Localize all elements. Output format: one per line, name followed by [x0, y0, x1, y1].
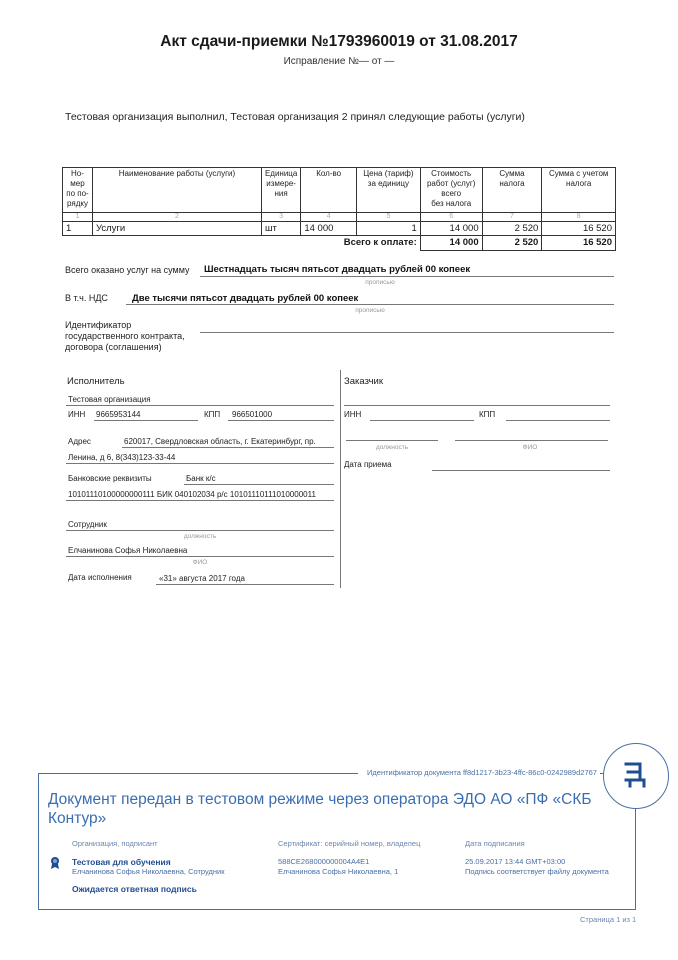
services-sum-value: Шестнадцать тысяч пятьсот двадцать рубле… — [204, 264, 470, 275]
col-num: 3 — [261, 213, 300, 222]
in-words-hint: прописью — [340, 307, 400, 314]
col-org-header: Организация, подписант — [72, 839, 158, 848]
total-tax: 2 520 — [482, 236, 542, 251]
executor-date-label: Дата исполнения — [68, 573, 132, 582]
sign-status: Подпись соответствует файлу документа — [465, 867, 609, 876]
page-number: Страница 1 из 1 — [580, 915, 636, 924]
executor-position: Сотрудник — [68, 520, 107, 529]
executor-inn-label: ИНН — [68, 410, 85, 419]
customer-inn-label: ИНН — [344, 410, 361, 419]
divider — [66, 463, 334, 464]
customer-heading: Заказчик — [344, 376, 383, 387]
col-num: 8 — [542, 213, 616, 222]
divider — [228, 420, 334, 421]
column-number-row: 1 2 3 4 5 6 7 8 — [63, 213, 616, 222]
divider — [156, 584, 334, 585]
cell-tax: 2 520 — [482, 222, 542, 236]
kontur-logo — [603, 743, 669, 809]
customer-inn-field — [370, 420, 474, 421]
total-cost: 14 000 — [420, 236, 482, 251]
intro-text: Тестовая организация выполнил, Тестовая … — [65, 111, 525, 123]
position-hint: должность — [362, 444, 422, 451]
cell-qty: 14 000 — [301, 222, 357, 236]
awaiting-signature: Ожидается ответная подпись — [72, 884, 197, 894]
contract-id-field — [200, 332, 614, 333]
total-row: Всего к оплате: 14 000 2 520 16 520 — [63, 236, 616, 251]
signer-org: Тестовая для обучения — [72, 857, 171, 867]
total-label: Всего к оплате: — [63, 236, 421, 251]
divider — [66, 405, 334, 406]
section-divider — [340, 370, 341, 588]
executor-fio: Елчанинова Софья Николаевна — [68, 546, 187, 555]
col-header-tax: Сумма налога — [482, 168, 542, 213]
customer-date-field — [432, 470, 610, 471]
cell-num: 1 — [63, 222, 93, 236]
divider — [66, 500, 334, 501]
col-num: 5 — [357, 213, 421, 222]
executor-bank: Банк к/с — [186, 474, 216, 483]
fio-hint: ФИО — [170, 559, 230, 566]
divider — [94, 420, 198, 421]
executor-address-line1: 620017, Свердловская область, г. Екатери… — [124, 437, 316, 446]
signature-badge-icon — [49, 856, 61, 875]
position-hint: должность — [170, 533, 230, 540]
divider — [126, 304, 614, 305]
cell-cost: 14 000 — [420, 222, 482, 236]
col-num: 7 — [482, 213, 542, 222]
col-num: 4 — [301, 213, 357, 222]
executor-bank-details: 10101110100000000111 БИК 040102034 р/с 1… — [68, 490, 316, 499]
customer-date-label: Дата приема — [344, 460, 392, 469]
signer-name: Елчанинова Софья Николаевна, Сотрудник — [72, 867, 225, 876]
document-id: Идентификатор документа ff8d1217-3b23-4f… — [364, 768, 600, 777]
cell-name: Услуги — [92, 222, 261, 236]
executor-address-line2: Ленина, д 6, 8(343)123-33-44 — [68, 453, 175, 462]
total-sum: 16 520 — [542, 236, 616, 251]
col-header-cost: Стоимость работ (услуг) всего без налога — [420, 168, 482, 213]
vat-label: В т.ч. НДС — [65, 293, 108, 303]
col-header-unit: Единица измере- ния — [261, 168, 300, 213]
executor-bank-label: Банковские реквизиты — [68, 474, 152, 483]
edo-heading: Документ передан в тестовом режиме через… — [48, 790, 608, 828]
col-header-price: Цена (тариф) за единицу — [357, 168, 421, 213]
col-header-total: Сумма с учетом налога — [542, 168, 616, 213]
col-num: 2 — [92, 213, 261, 222]
divider — [200, 276, 614, 277]
cell-unit: шт — [261, 222, 300, 236]
col-header-qty: Кол-во — [301, 168, 357, 213]
in-words-hint: прописью — [350, 279, 410, 286]
kontur-logo-icon — [604, 744, 668, 808]
divider — [122, 447, 334, 448]
cell-price: 1 — [357, 222, 421, 236]
customer-fio-field — [455, 440, 608, 441]
executor-org: Тестовая организация — [68, 395, 151, 404]
executor-address-label: Адрес — [68, 437, 91, 446]
stamp-border — [38, 773, 358, 774]
executor-date: «31» августа 2017 года — [159, 574, 245, 583]
fio-hint: ФИО — [500, 444, 560, 451]
col-num: 1 — [63, 213, 93, 222]
customer-kpp-label: КПП — [479, 410, 495, 419]
col-num: 6 — [420, 213, 482, 222]
divider — [66, 556, 334, 557]
cell-total: 16 520 — [542, 222, 616, 236]
table-header-row: Но- мер по по- рядку Наименование работы… — [63, 168, 616, 213]
col-header-num: Но- мер по по- рядку — [63, 168, 93, 213]
customer-kpp-field — [506, 420, 610, 421]
table-row: 1 Услуги шт 14 000 1 14 000 2 520 16 520 — [63, 222, 616, 236]
executor-kpp-label: КПП — [204, 410, 220, 419]
cert-serial: 588CE268000000004A4E1 — [278, 857, 369, 866]
services-sum-label: Всего оказано услуг на сумму — [65, 265, 190, 275]
col-date-header: Дата подписания — [465, 839, 525, 848]
col-cert-header: Сертификат: серийный номер, владелец — [278, 839, 420, 848]
divider — [66, 530, 334, 531]
col-header-name: Наименование работы (услуги) — [92, 168, 261, 213]
contract-id-label: Идентификатор государственного контракта… — [65, 320, 185, 353]
cert-owner: Елчанинова Софья Николаевна, 1 — [278, 867, 398, 876]
executor-heading: Исполнитель — [67, 376, 125, 387]
sign-date: 25.09.2017 13:44 GMT+03:00 — [465, 857, 565, 866]
vat-value: Две тысячи пятьсот двадцать рублей 00 ко… — [132, 293, 358, 304]
customer-org-field — [344, 405, 610, 406]
correction-line: Исправление №— от — — [0, 56, 678, 67]
customer-position-field — [346, 440, 438, 441]
document-title: Акт сдачи-приемки №1793960019 от 31.08.2… — [0, 33, 678, 51]
executor-inn: 9665953144 — [96, 410, 141, 419]
works-table: Но- мер по по- рядку Наименование работы… — [62, 167, 616, 251]
executor-kpp: 966501000 — [232, 410, 272, 419]
divider — [184, 484, 334, 485]
